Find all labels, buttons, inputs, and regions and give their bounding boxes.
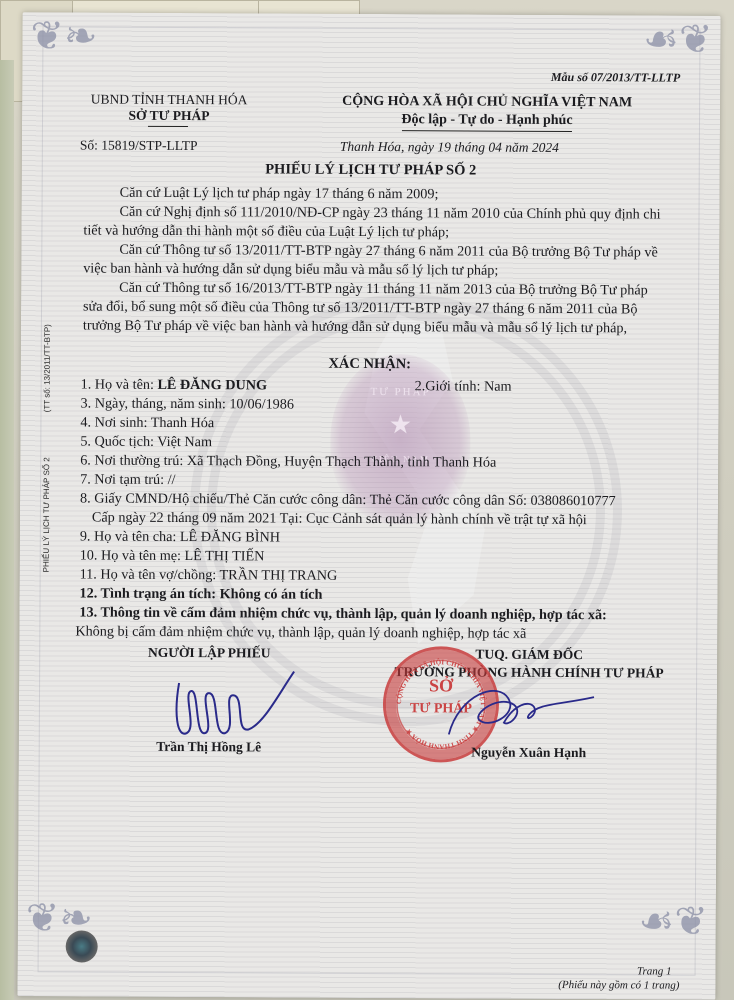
place-date: Thanh Hóa, ngày 19 tháng 04 năm 2024 xyxy=(340,139,559,156)
background-surface xyxy=(0,60,14,1000)
document-number: Số: 15819/STP-LLTP xyxy=(80,137,198,154)
field-label: 1. Họ và tên: xyxy=(81,376,158,392)
issuer-line1: UBND TỈNH THANH HÓA xyxy=(74,91,264,108)
preamble-line: sửa đổi, bổ sung một số điều của Thông t… xyxy=(83,299,638,319)
field-spouse: 11. Họ và tên vợ/chồng: TRẦN THỊ TRANG xyxy=(80,566,338,584)
field-birthplace: 4. Nơi sinh: Thanh Hóa xyxy=(80,414,214,432)
preamble-line: Căn cứ Thông tư số 13/2011/TT-BTP ngày 2… xyxy=(119,242,658,262)
field-birthdate: 3. Ngày, tháng, năm sinh: 10/06/1986 xyxy=(80,395,294,413)
preamble-line: trưởng Bộ Tư pháp về việc ban hành và hư… xyxy=(83,317,627,337)
field-id-issued: Cấp ngày 22 tháng 09 năm 2021 Tại: Cục C… xyxy=(92,510,587,530)
signature-right-icon xyxy=(429,674,599,745)
signer-left-title: NGƯỜI LẬP PHIẾU xyxy=(119,645,299,662)
field-mother: 10. Họ và tên mẹ: LÊ THỊ TIẾN xyxy=(80,547,265,565)
document-title: PHIẾU LÝ LỊCH TƯ PHÁP SỐ 2 xyxy=(22,160,720,181)
field-temporary-address: 7. Nơi tạm trú: // xyxy=(80,471,175,488)
national-motto: Độc lập - Tự do - Hạnh phúc xyxy=(302,112,672,130)
hologram-seal-icon xyxy=(66,930,98,962)
field-permanent-address: 6. Nơi thường trú: Xã Thạch Đồng, Huyện … xyxy=(80,452,496,471)
signer-left-name: Trần Thị Hồng Lê xyxy=(119,739,299,756)
field-prohibition-heading: 13. Thông tin về cấm đảm nhiệm chức vụ, … xyxy=(79,604,606,624)
field-criminal-record: 12. Tình trạng án tích: Không có án tích xyxy=(79,585,322,603)
field-value-name: LÊ ĐĂNG DUNG xyxy=(157,377,267,394)
criminal-record-certificate: ❦❧ ☙❦ ❦❧ ☙❦ TƯ PHÁP ★ VIỆT NAM Mẫu số 07… xyxy=(17,12,720,1000)
preamble-line: Căn cứ Luật Lý lịch tư pháp ngày 17 thán… xyxy=(120,185,439,204)
field-full-name: 1. Họ và tên: LÊ ĐĂNG DUNG xyxy=(81,376,268,394)
side-margin-code: (TT số: 13/2011/TT-BTP) xyxy=(42,324,51,412)
field-prohibition-value: Không bị cấm đảm nhiệm chức vụ, thành lậ… xyxy=(75,623,526,642)
national-title: CỘNG HÒA XÃ HỘI CHỦ NGHĨA VIỆT NAM xyxy=(302,94,672,112)
signature-left-icon xyxy=(169,663,309,749)
form-code: Mẫu số 07/2013/TT-LLTP xyxy=(551,70,680,86)
preamble-line: Căn cứ Thông tư số 16/2013/TT-BTP ngày 1… xyxy=(119,280,648,300)
issuer-underline xyxy=(148,126,188,127)
preamble-line: tiết và hướng dẫn thi hành một số điều c… xyxy=(83,223,449,242)
field-id-card: 8. Giấy CMND/Hộ chiếu/Thẻ Căn cước công … xyxy=(80,490,616,510)
preamble-line: Căn cứ Nghị định số 111/2010/NĐ-CP ngày … xyxy=(119,204,660,224)
star-icon: ★ xyxy=(330,410,470,441)
field-gender: 2.Giới tính: Nam xyxy=(415,378,512,396)
field-father: 9. Họ và tên cha: LÊ ĐĂNG BÌNH xyxy=(80,528,280,546)
issuer-line2: SỞ TƯ PHÁP xyxy=(74,107,264,124)
page-number: Trang 1 xyxy=(637,965,672,977)
signer-right-name: Nguyễn Xuân Hạnh xyxy=(419,744,639,761)
ornament-corner-icon: ☙❦ xyxy=(602,19,712,100)
ornament-corner-icon: ❦❧ xyxy=(30,16,140,97)
side-margin-title: PHIẾU LÝ LỊCH TƯ PHÁP SỐ 2 xyxy=(42,457,52,572)
field-nationality: 5. Quốc tịch: Việt Nam xyxy=(80,433,212,451)
preamble-line: việc ban hành và hướng dẫn sử dụng biểu … xyxy=(83,261,498,280)
page-count-note: (Phiếu này gồm có 1 trang) xyxy=(558,979,679,992)
confirm-heading: XÁC NHẬN: xyxy=(21,354,719,375)
